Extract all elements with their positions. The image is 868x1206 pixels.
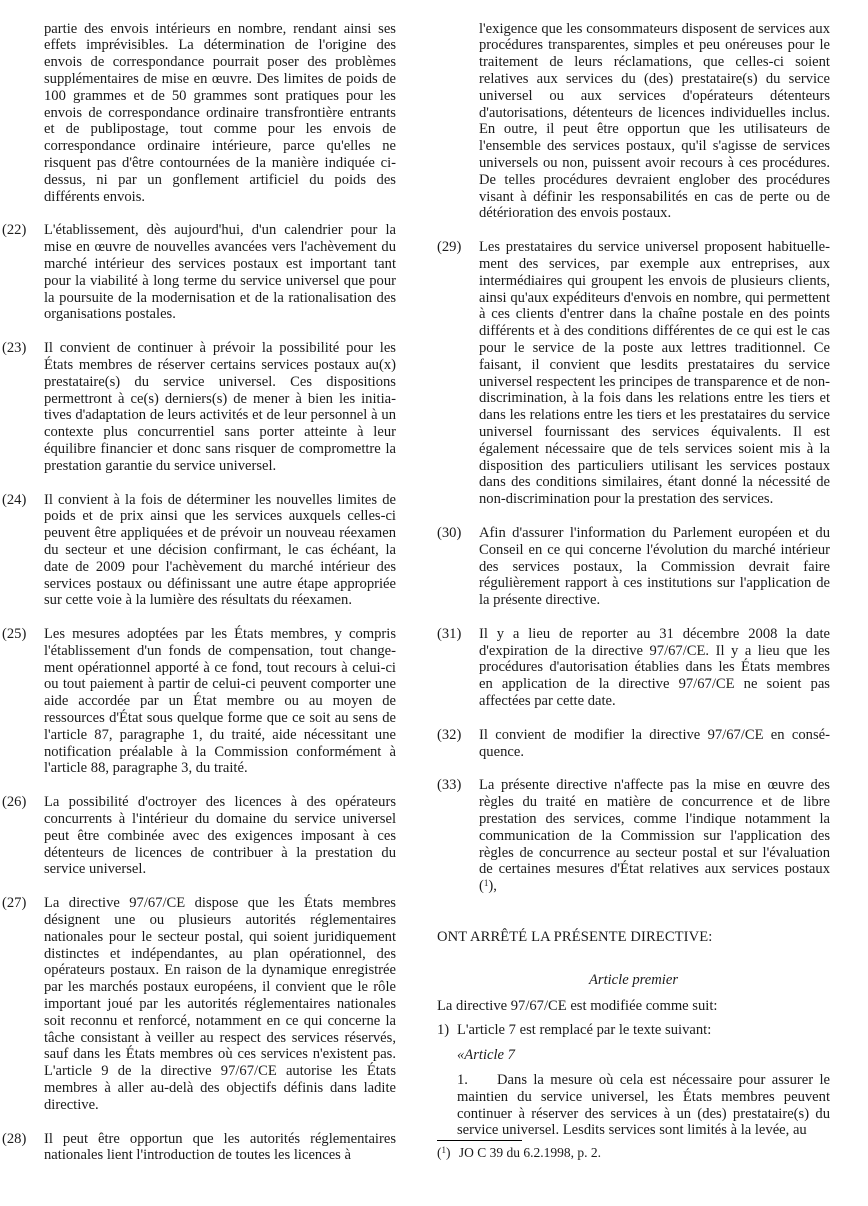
article-7-paragraph-1: 1.Dans la mesure où cela est nécessaire …: [457, 1072, 830, 1139]
recital-number: (28): [2, 1131, 26, 1148]
footnote-marker-wrapper: (1): [437, 1145, 451, 1160]
amendment-item-1: 1) L'article 7 est remplacé par le texte…: [437, 1022, 830, 1039]
recital-text: Il convient à la fois de déterminer les …: [44, 492, 396, 610]
recital-29: (29) Les prestataires du service univers…: [437, 239, 830, 508]
enacting-formula: ONT ARRÊTÉ LA PRÉSENTE DIRECTIVE:: [437, 929, 830, 946]
recital-number: (26): [2, 794, 26, 811]
recital-number: (30): [437, 525, 461, 542]
recital-text-end: ),: [488, 878, 497, 894]
recital-28: (28) Il peut être opportun que les autor…: [2, 1131, 396, 1165]
recital-30: (30) Afin d'assurer l'information du Par…: [437, 525, 830, 609]
article-intro: La directive 97/67/CE est modifiée comme…: [437, 998, 830, 1015]
recital-33: (33) La présente directive n'affecte pas…: [437, 777, 830, 895]
recital-32: (32) Il convient de modifier la directiv…: [437, 727, 830, 761]
recital-27: (27) La directive 97/67/CE dispose que l…: [2, 895, 396, 1113]
item-text: L'article 7 est remplacé par le texte su…: [457, 1022, 830, 1039]
footnote-separator: [437, 1140, 522, 1141]
recital-text: Les prestataires du service universel pr…: [479, 239, 830, 508]
recital-number: (31): [437, 626, 461, 643]
recital-number: (23): [2, 340, 26, 357]
recital-text: Afin d'assurer l'information du Parlemen…: [479, 525, 830, 609]
recital-26: (26) La possibilité d'octroyer des licen…: [2, 794, 396, 878]
recital-24: (24) Il convient à la fois de déterminer…: [2, 492, 396, 610]
recital-23: (23) Il convient de continuer à prévoir …: [2, 340, 396, 474]
recital-number: (24): [2, 492, 26, 509]
article-title: Article premier: [437, 972, 830, 989]
recital-text: L'établissement, dès aujourd'hui, d'un c…: [44, 222, 396, 323]
continuation-text-left: partie des envois intérieurs en nombre, …: [44, 21, 396, 206]
recital-number: (33): [437, 777, 461, 794]
footnote: (1) JO C 39 du 6.2.1998, p. 2.: [437, 1145, 830, 1162]
item-number: 1): [437, 1022, 449, 1039]
subparagraph-number: 1.: [457, 1072, 497, 1089]
recital-25: (25) Les mesures adoptées par les États …: [2, 626, 396, 777]
continuation-text-right: l'exigence que les consommateurs dispose…: [479, 21, 830, 223]
recital-text: Les mesures adoptées par les États membr…: [44, 626, 396, 777]
recital-text-wrapper: La présente directive n'affecte pas la m…: [479, 777, 830, 895]
recital-number: (32): [437, 727, 461, 744]
recital-31: (31) Il y a lieu de reporter au 31 décem…: [437, 626, 830, 710]
right-column: l'exigence que les consommateurs dispose…: [437, 6, 830, 1139]
recital-number: (22): [2, 222, 26, 239]
recital-text: La présente directive n'affecte pas la m…: [479, 777, 830, 894]
recital-text: La possibilité d'octroyer des licences à…: [44, 794, 396, 878]
subparagraph-text: Dans la mesure où cela est nécessaire po…: [457, 1072, 830, 1138]
recital-text: Il convient de continuer à prévoir la po…: [44, 340, 396, 474]
left-column: partie des envois intérieurs en nombre, …: [2, 6, 396, 1164]
footnote-marker: 1: [442, 1145, 447, 1155]
recital-number: (25): [2, 626, 26, 643]
recital-text: La directive 97/67/CE dispose que les Ét…: [44, 895, 396, 1113]
recital-number: (27): [2, 895, 26, 912]
recital-number: (29): [437, 239, 461, 256]
quoted-article-title: «Article 7: [457, 1047, 830, 1064]
recital-text: Il y a lieu de reporter au 31 décembre 2…: [479, 626, 830, 710]
recital-text: Il peut être opportun que les autorités …: [44, 1131, 396, 1165]
footnote-text: JO C 39 du 6.2.1998, p. 2.: [459, 1145, 601, 1160]
recital-text: Il convient de modifier la directive 97/…: [479, 727, 830, 761]
recital-22: (22) L'établissement, dès aujourd'hui, d…: [2, 222, 396, 323]
